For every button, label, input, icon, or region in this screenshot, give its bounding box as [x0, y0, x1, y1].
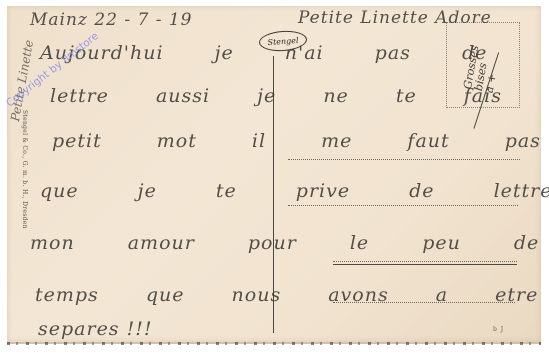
message-line-6: temps que nous avons a etre: [35, 284, 538, 306]
card-code: b J: [493, 326, 504, 333]
date-line: Mainz 22 - 7 - 19: [30, 10, 192, 30]
header-right: Petite Linette Adore: [298, 8, 492, 28]
publisher-imprint: Stengel & Co., G. m. b. H., Dresden: [21, 110, 28, 229]
address-line-2: [288, 205, 518, 206]
address-line-3: [333, 261, 517, 262]
address-underline: [333, 264, 517, 265]
message-line-1: Aujourd'hui je n'ai pas de: [40, 42, 487, 64]
message-line-3: petit mot il me faut pas: [52, 130, 541, 152]
address-line-1: [288, 159, 520, 160]
stamp-box-note: Grosses bises a +: [462, 45, 502, 94]
message-line-4: que je te prive de lettre: [40, 180, 549, 202]
message-line-5: mon amour pour le peu de: [30, 232, 539, 254]
message-line-7: separes !!!: [38, 318, 153, 340]
